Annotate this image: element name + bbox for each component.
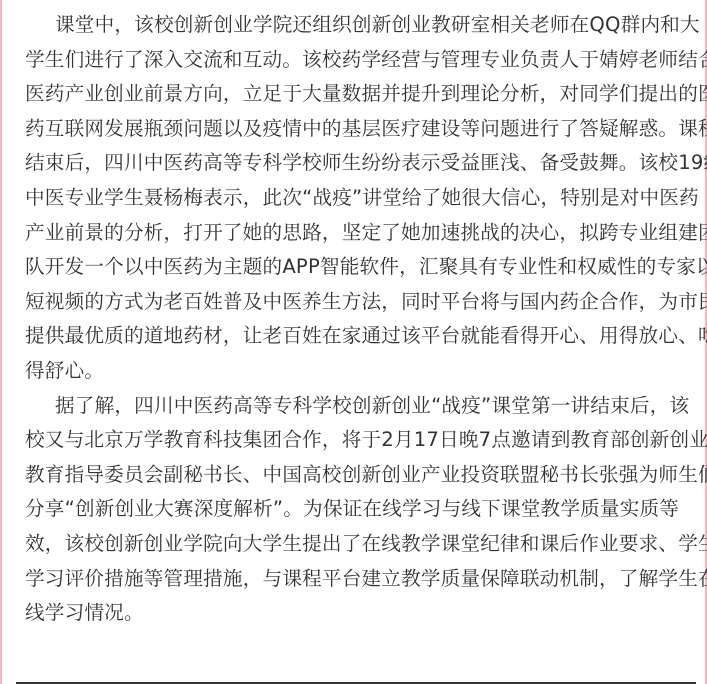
text-line: 校又与北京万学教育科技集团合作，将于2月17日晚7点邀请到教育部创新创业 bbox=[25, 423, 695, 458]
text-line: 效，该校创新创业学院向大学生提出了在线教学课堂纪律和课后作业要求、学生 bbox=[25, 527, 695, 562]
paragraph-1: 课堂中，该校创新创业学院还组织创新创业教研室相关老师在QQ群内和大 学生们进行了… bbox=[25, 8, 695, 389]
text-line: 学习评价措施等管理措施，与课程平台建立教学质量保障联动机制，了解学生在 bbox=[25, 562, 695, 597]
text-line: 药互联网发展瓶颈问题以及疫情中的基层医疗建设等问题进行了答疑解惑。课程 bbox=[25, 112, 695, 147]
text-line: 提供最优质的道地药材，让老百姓在家通过该平台就能看得开心、用得放心、吃 bbox=[25, 319, 695, 354]
text-line: 产业前景的分析，打开了她的思路，坚定了她加速挑战的决心，拟跨专业组建团 bbox=[25, 216, 695, 251]
article-frame: 课堂中，该校创新创业学院还组织创新创业教研室相关老师在QQ群内和大 学生们进行了… bbox=[0, 0, 707, 684]
text-line: 结束后，四川中医药高等专科学校师生纷纷表示受益匪浅、备受鼓舞。该校19级 bbox=[25, 146, 695, 181]
paragraph-2: 据了解，四川中医药高等专科学校创新创业“战疫”课堂第一讲结束后，该 校又与北京万… bbox=[25, 389, 695, 631]
text-line: 医药产业创业前景方向，立足于大量数据并提升到理论分析，对同学们提出的医 bbox=[25, 77, 695, 112]
text-line: 教育指导委员会副秘书长、中国高校创新创业产业投资联盟秘书长张强为师生们 bbox=[25, 458, 695, 493]
text-line: 短视频的方式为老百姓普及中医养生方法，同时平台将与国内药企合作，为市民 bbox=[25, 285, 695, 320]
text-line: 中医专业学生聂杨梅表示，此次“战疫”讲堂给了她很大信心，特别是对中医药 bbox=[25, 181, 695, 216]
text-line: 得舒心。 bbox=[25, 354, 695, 389]
text-line: 据了解，四川中医药高等专科学校创新创业“战疫”课堂第一讲结束后，该 bbox=[25, 389, 695, 424]
text-line: 队开发一个以中医药为主题的APP智能软件，汇聚具有专业性和权威性的专家以 bbox=[25, 250, 695, 285]
text-line: 分享“创新创业大赛深度解析”。为保证在线学习与线下课堂教学质量实质等 bbox=[25, 492, 695, 527]
article-body: 课堂中，该校创新创业学院还组织创新创业教研室相关老师在QQ群内和大 学生们进行了… bbox=[25, 8, 695, 631]
text-line: 课堂中，该校创新创业学院还组织创新创业教研室相关老师在QQ群内和大 bbox=[25, 8, 695, 43]
text-line: 线学习情况。 bbox=[25, 596, 695, 631]
text-line: 学生们进行了深入交流和互动。该校药学经营与管理专业负责人于婧婷老师结合 bbox=[25, 43, 695, 78]
